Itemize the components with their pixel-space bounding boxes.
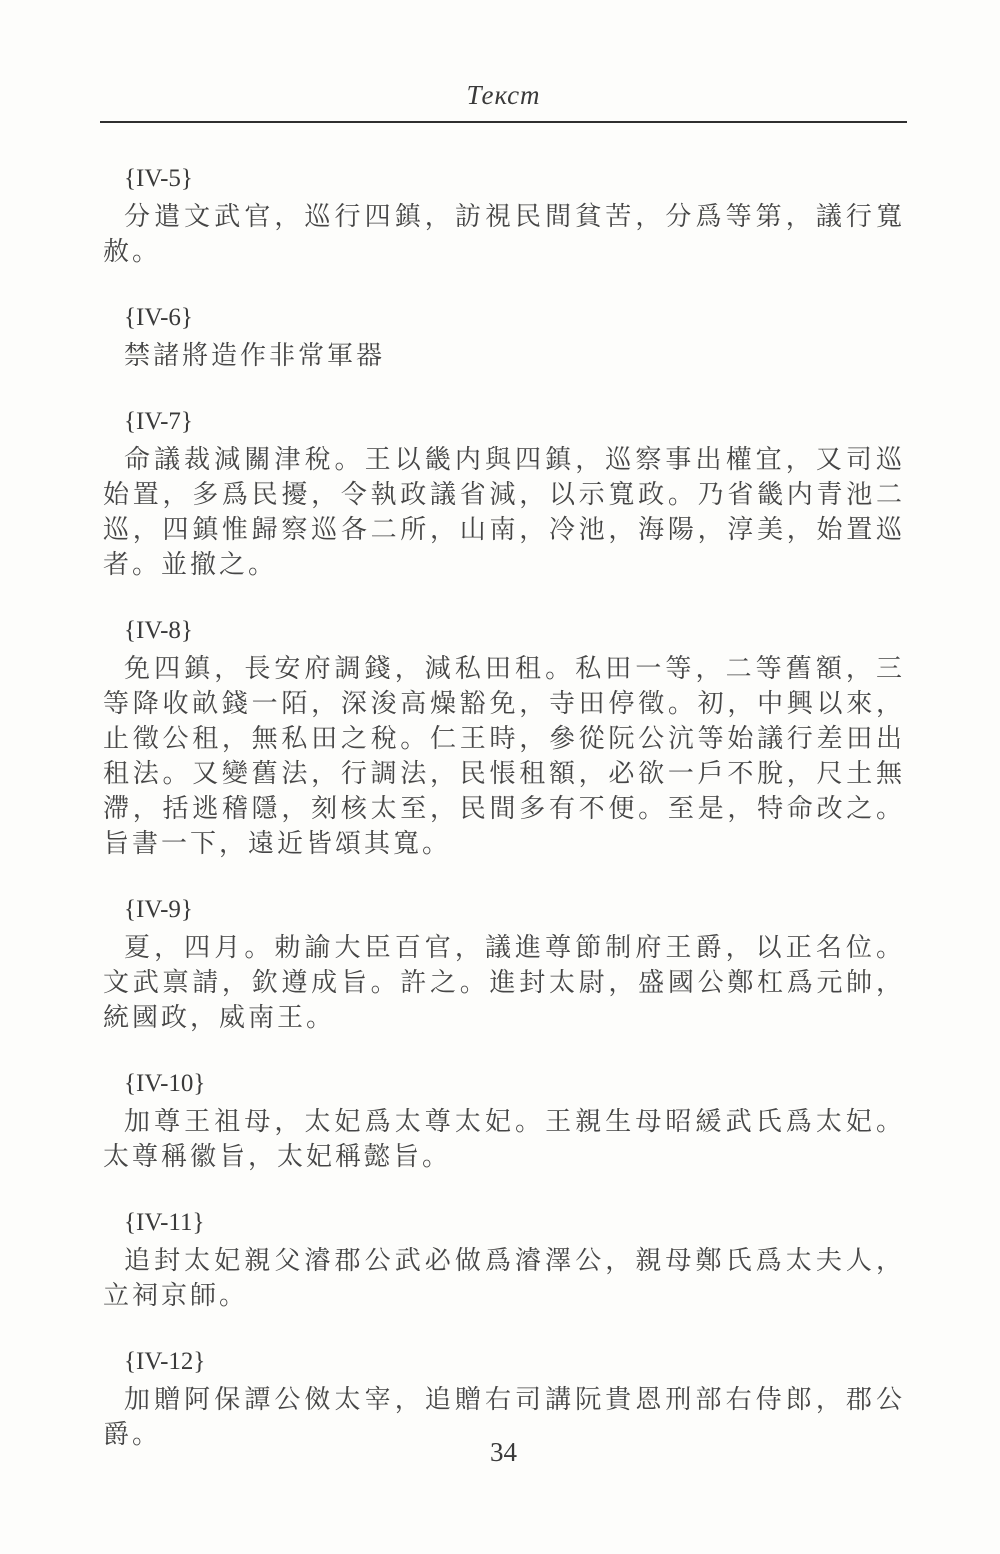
section-text: 加尊王祖母，太妃爲太尊太妃。王親生母昭緩武氏爲太妃。太尊稱徽旨，太妃稱懿旨。 [103, 1104, 905, 1174]
text-section: {IV-6} 禁諸將造作非常軍器 [103, 299, 905, 373]
section-label: {IV-11} [124, 1204, 905, 1241]
section-text: 分遣文武官，巡行四鎮，訪視民間貧苦，分爲等第，議行寬赦。 [103, 199, 905, 269]
section-label: {IV-9} [124, 891, 905, 928]
section-label: {IV-5} [124, 160, 905, 197]
section-label: {IV-8} [124, 612, 905, 649]
section-text: 追封太妃親父濬郡公武必做爲濬澤公，親母鄭氏爲太夫人，立祠京師。 [103, 1243, 905, 1313]
section-label: {IV-12} [124, 1343, 905, 1380]
text-section: {IV-7} 命議裁減關津稅。王以畿内與四鎮，巡察事出權宜，又司巡始置，多爲民擾… [103, 403, 905, 582]
section-label: {IV-7} [124, 403, 905, 440]
section-text: 夏，四月。勅諭大臣百官，議進尊節制府王爵，以正名位。文武禀請，欽遵成旨。許之。進… [103, 930, 905, 1035]
text-section: {IV-9} 夏，四月。勅諭大臣百官，議進尊節制府王爵，以正名位。文武禀請，欽遵… [103, 891, 905, 1035]
header-title: Текст [100, 80, 907, 111]
text-section: {IV-8} 免四鎮，長安府調錢，減私田租。私田一等，二等舊額，三等降收畝錢一陌… [103, 612, 905, 861]
document-page: Текст {IV-5} 分遣文武官，巡行四鎮，訪視民間貧苦，分爲等第，議行寬赦… [0, 0, 1000, 1554]
text-section: {IV-5} 分遣文武官，巡行四鎮，訪視民間貧苦，分爲等第，議行寬赦。 [103, 160, 905, 269]
text-section: {IV-12} 加贈阿保譚公傚太宰，追贈右司講阮貴恩刑部右侍郎，郡公爵。 [103, 1343, 905, 1452]
text-section: {IV-11} 追封太妃親父濬郡公武必做爲濬澤公，親母鄭氏爲太夫人，立祠京師。 [103, 1204, 905, 1313]
header-rule [100, 121, 907, 123]
section-text: 命議裁減關津稅。王以畿内與四鎮，巡察事出權宜，又司巡始置，多爲民擾，令執政議省減… [103, 442, 905, 582]
section-label: {IV-6} [124, 299, 905, 336]
page-content: {IV-5} 分遣文武官，巡行四鎮，訪視民間貧苦，分爲等第，議行寬赦。 {IV-… [103, 160, 905, 1482]
section-text: 禁諸將造作非常軍器 [103, 338, 905, 373]
section-text: 免四鎮，長安府調錢，減私田租。私田一等，二等舊額，三等降收畝錢一陌，深浚高燥豁免… [103, 651, 905, 861]
text-section: {IV-10} 加尊王祖母，太妃爲太尊太妃。王親生母昭緩武氏爲太妃。太尊稱徽旨，… [103, 1065, 905, 1174]
page-number: 34 [100, 1437, 907, 1468]
section-label: {IV-10} [124, 1065, 905, 1102]
